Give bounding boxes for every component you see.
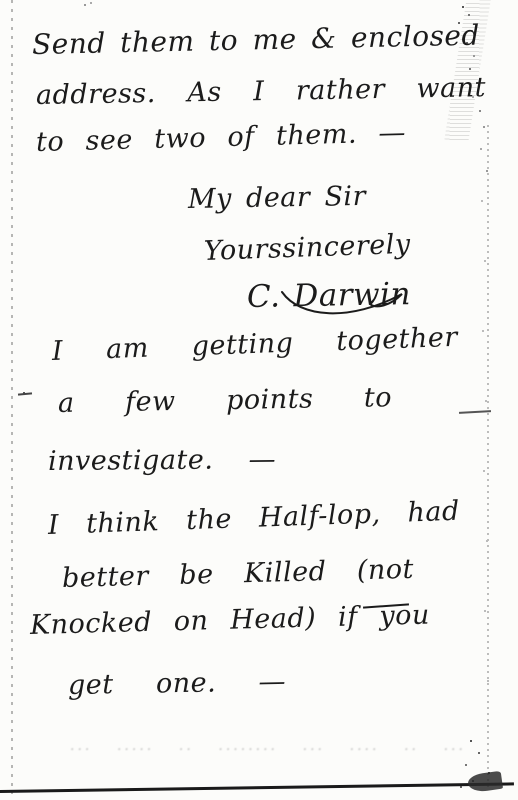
letter-line-ps2-3: KnockedonHead)ifyou [30,600,431,641]
page-bottom-edge-line [0,782,514,793]
letter-line-opening-3: toseetwoofthem.— [36,117,407,158]
letter-salutation: MydearSir [188,181,367,215]
letter-line-opening-2: address.AsIratherwant [36,72,486,111]
page-fold-dashed-line [11,0,13,794]
faded-ghost-text-line: ······························ [70,742,466,758]
stray-ink-dash-left [18,392,32,395]
page-edge-dotted-line [487,125,489,787]
letter-line-ps1-3: investigate.— [48,444,276,477]
scan-noise-speckles [0,0,2,2]
letter-line-ps1-2: afewpointsto [58,382,392,419]
scanned-letter-page: Sendthemtome&enclosed address.AsIratherw… [0,0,518,800]
letter-line-ps2-1: IthinktheHalf-lop,had [47,496,460,541]
scan-corner-shadow [467,771,503,794]
letter-line-ps2-4: getone.— [68,666,287,701]
letter-signature: C.Darwin [247,276,412,315]
letter-closing: Yourssincerely [203,229,394,267]
letter-line-ps1-1: Iamgettingtogether [51,322,458,367]
letter-line-ps2-2: betterbeKilled(not [62,554,415,594]
letter-line-opening-1: Sendthemtome&enclosed [32,19,481,61]
